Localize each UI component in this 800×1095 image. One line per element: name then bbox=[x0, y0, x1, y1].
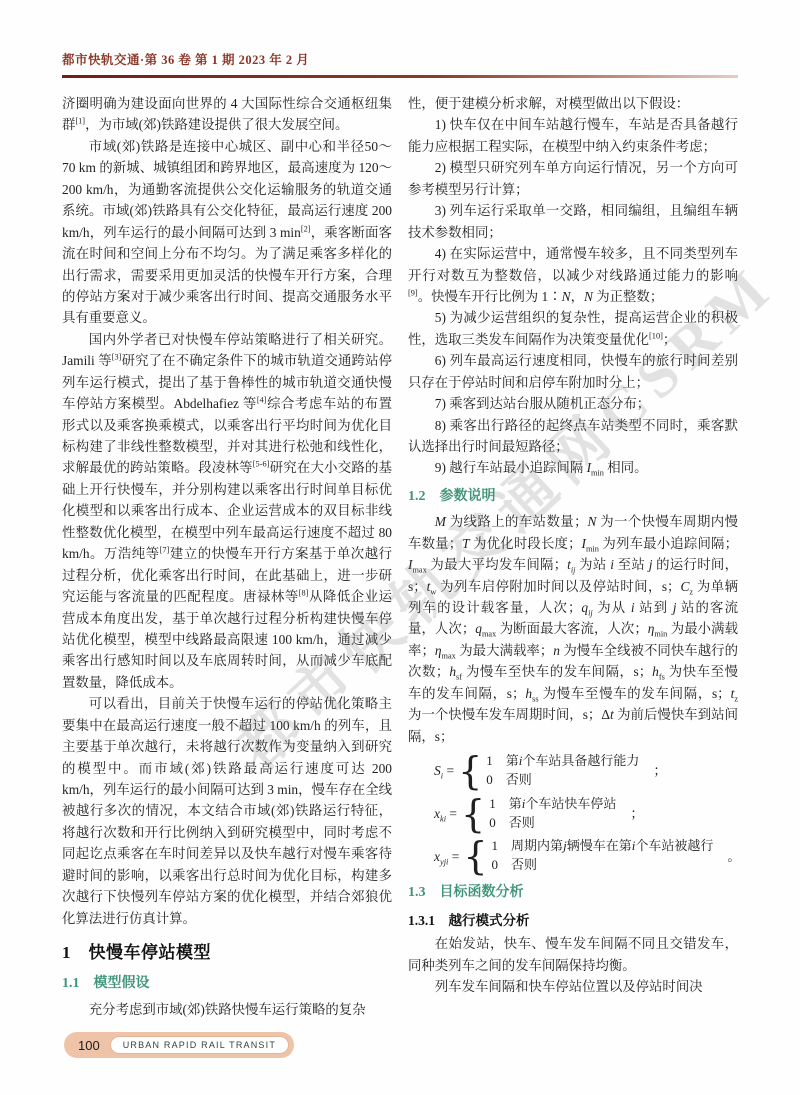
formula-tail: ； bbox=[653, 760, 667, 782]
piecewise-formula-si: Si = { 1 第i个车站具备越行能力 0 否则 ； bbox=[434, 752, 738, 790]
page-number-badge: 100 URBAN RAPID RAIL TRANSIT bbox=[64, 1032, 294, 1058]
assumption-item: 3) 列车运行采取单一交路，相同编组，且编组车辆技术参数相同； bbox=[408, 200, 738, 243]
paragraph: 可以看出，目前关于快慢车运行的停站优化策略主要集中在最高运行速度一般不超过 10… bbox=[62, 693, 392, 929]
assumption-item: 7) 乘客到达站台服从随机正态分布； bbox=[408, 393, 738, 414]
brace-glyph: { bbox=[461, 797, 485, 831]
section-heading-1: 1 快慢车停站模型 bbox=[62, 939, 392, 966]
assumption-item: 4) 在实际运营中，通常慢车较多，且不同类型列车开行对数互为整数倍，以减少对线路… bbox=[408, 243, 738, 307]
paper-page: 都市快轨交通·第 36 卷 第 1 期 2023 年 2 月 济圈明确为建设面向… bbox=[0, 0, 800, 1095]
case-top: 1 第i个车站快车停站 bbox=[489, 795, 616, 814]
paragraph: 国内外学者已对快慢车停站策略进行了相关研究。Jamili 等[3]研究了在不确定… bbox=[62, 329, 392, 693]
paragraph: 列车发车间隔和快车停站位置以及停站时间决 bbox=[408, 976, 738, 997]
right-column: 性，便于建模分析求解，对模型做出以下假设： 1) 快车仅在中间车站越行慢车，车站… bbox=[408, 93, 738, 1020]
formula-tail: ； bbox=[630, 803, 644, 825]
formula-tail: 。 bbox=[727, 846, 741, 868]
parameter-definitions: M 为线路上的车站数量；N 为一个快慢车周期内慢车数量；T 为优化时段长度；Im… bbox=[408, 511, 738, 747]
case-top: 1 第i个车站具备越行能力 bbox=[486, 752, 639, 771]
left-column: 济圈明确为建设面向世界的 4 大国际性综合交通枢纽集群[1]，为市域(郊)铁路建… bbox=[62, 93, 392, 1020]
formula-lhs: xyji = bbox=[434, 846, 459, 868]
journal-name-en: URBAN RAPID RAIL TRANSIT bbox=[110, 1036, 289, 1054]
piecewise-formula-xyji: xyji = { 1 周期内第j辆慢车在第i个车站被越行 0 否则 。 bbox=[434, 837, 738, 875]
brace-glyph: { bbox=[458, 754, 482, 788]
header-rule bbox=[62, 75, 738, 78]
assumption-item: 8) 乘客出行路径的起终点车站类型不同时，乘客默认选择出行时间最短路径； bbox=[408, 415, 738, 458]
assumption-item: 5) 为减少运营组织的复杂性，提高运营企业的积极性，选取三类发车间隔作为决策变量… bbox=[408, 307, 738, 350]
case-bottom: 0 否则 bbox=[492, 856, 714, 875]
article-body: 济圈明确为建设面向世界的 4 大国际性综合交通枢纽集群[1]，为市域(郊)铁路建… bbox=[62, 93, 738, 1020]
brace-glyph: { bbox=[463, 839, 487, 873]
case-bottom: 0 否则 bbox=[489, 814, 616, 833]
paragraph-continuation: 济圈明确为建设面向世界的 4 大国际性综合交通枢纽集群[1]，为市域(郊)铁路建… bbox=[62, 93, 392, 136]
page-header: 都市快轨交通·第 36 卷 第 1 期 2023 年 2 月 bbox=[62, 50, 738, 78]
page-number: 100 bbox=[78, 1038, 100, 1053]
subsection-heading-1-3: 1.3 目标函数分析 bbox=[408, 882, 738, 904]
assumption-item: 2) 模型只研究列车单方向运行情况，另一个方向可参考模型另行计算； bbox=[408, 157, 738, 200]
formula-lhs: xki = bbox=[434, 803, 457, 825]
paragraph: 在始发站，快车、慢车发车间隔不同且交错发车，同种类列车之间的发车间隔保持均衡。 bbox=[408, 933, 738, 976]
subsection-heading-1-3-1: 1.3.1 越行模式分析 bbox=[408, 910, 738, 932]
formula-lhs: Si = bbox=[434, 760, 454, 782]
formula-cases: 1 周期内第j辆慢车在第i个车站被越行 0 否则 bbox=[492, 837, 714, 875]
paragraph: 市域(郊)铁路是连接中心城区、副中心和半径50～70 km 的新城、城镇组团和跨… bbox=[62, 136, 392, 329]
paragraph-continuation: 性，便于建模分析求解，对模型做出以下假设： bbox=[408, 93, 738, 114]
formula-cases: 1 第i个车站快车停站 0 否则 bbox=[489, 795, 616, 833]
formula-cases: 1 第i个车站具备越行能力 0 否则 bbox=[486, 752, 639, 790]
assumption-item: 9) 越行车站最小追踪间隔 Imin 相同。 bbox=[408, 457, 738, 478]
journal-volume-info: 都市快轨交通·第 36 卷 第 1 期 2023 年 2 月 bbox=[62, 50, 738, 68]
subsection-heading-1-2: 1.2 参数说明 bbox=[408, 486, 738, 508]
page-footer: 100 URBAN RAPID RAIL TRANSIT bbox=[64, 1032, 294, 1058]
subsection-heading-1-1: 1.1 模型假设 bbox=[62, 973, 392, 995]
case-top: 1 周期内第j辆慢车在第i个车站被越行 bbox=[492, 837, 714, 856]
case-bottom: 0 否则 bbox=[486, 771, 639, 790]
assumption-item: 6) 列车最高运行速度相同，快慢车的旅行时间差别只存在于停站时间和启停车附加时分… bbox=[408, 350, 738, 393]
assumption-item: 1) 快车仅在中间车站越行慢车，车站是否具备越行能力应根据工程实际，在模型中纳入… bbox=[408, 114, 738, 157]
piecewise-formula-xki: xki = { 1 第i个车站快车停站 0 否则 ； bbox=[434, 795, 738, 833]
paragraph: 充分考虑到市域(郊)铁路快慢车运行策略的复杂 bbox=[62, 999, 392, 1020]
